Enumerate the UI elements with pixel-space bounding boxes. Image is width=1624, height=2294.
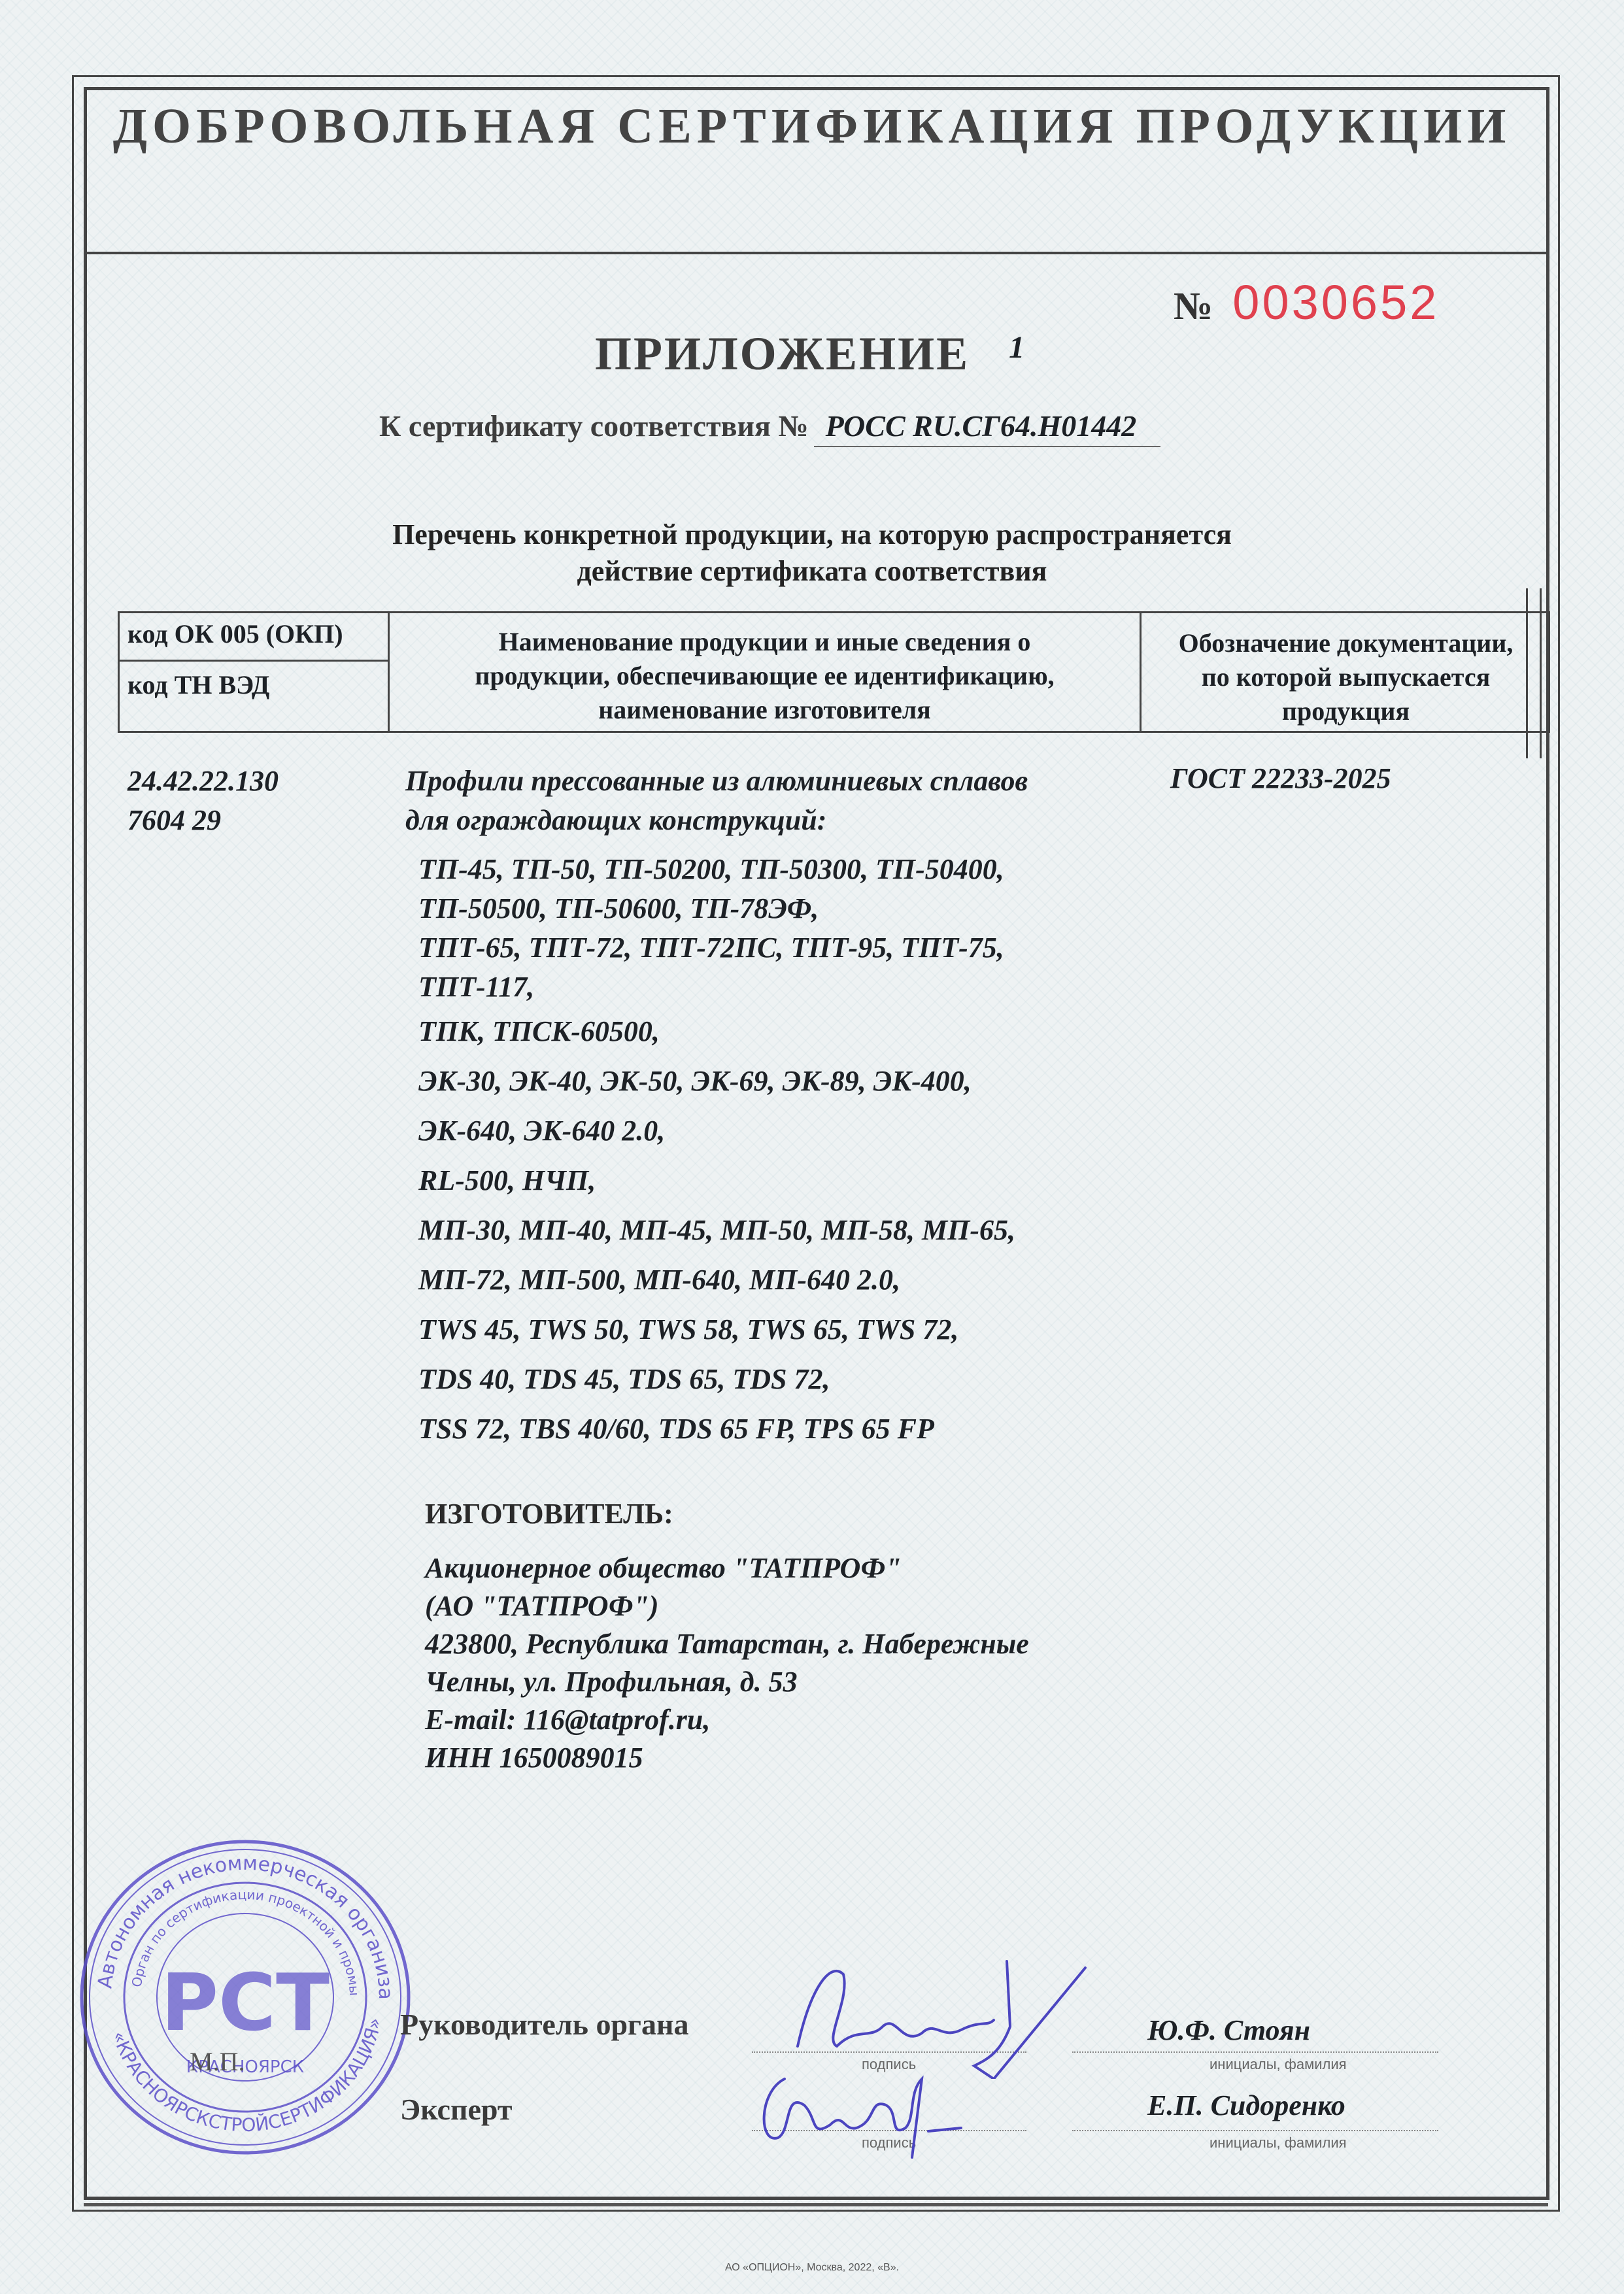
model-list: ТП-45, ТП-50, ТП-50200, ТП-50300, ТП-504… xyxy=(418,850,1015,1454)
manufacturer-line: (АО "ТАТПРОФ") xyxy=(425,1587,1029,1625)
manufacturer-email: E-mail: 116@tatprof.ru, xyxy=(425,1701,1029,1739)
manufacturer-line: 423800, Республика Татарстан, г. Набереж… xyxy=(425,1625,1029,1663)
certificate-number: РОСС RU.СГ64.Н01442 xyxy=(814,409,1160,447)
expert-name: Е.П. Сидоренко xyxy=(1147,2089,1345,2122)
expert-name-line xyxy=(1072,2130,1438,2131)
model-line: ТПТ-117, xyxy=(418,968,1015,1007)
header-okp-code: код ОК 005 (ОКП) xyxy=(120,613,388,662)
seal-logo: РСТ xyxy=(161,1958,330,2049)
header-product-name: Наименование продукции и иные сведения о… xyxy=(390,613,1142,731)
product-description: Профили прессованные из алюминиевых спла… xyxy=(405,762,1028,840)
certification-seal-icon: Автономная некоммерческая организация Ор… xyxy=(72,1834,418,2161)
model-line: ТП-45, ТП-50, ТП-50200, ТП-50300, ТП-504… xyxy=(418,850,1015,889)
product-description-line: Профили прессованные из алюминиевых спла… xyxy=(405,762,1028,801)
model-line: МП-30, МП-40, МП-45, МП-50, МП-58, МП-65… xyxy=(418,1206,1015,1255)
printer-imprint: АО «ОПЦИОН», Москва, 2022, «В». xyxy=(0,2262,1624,2274)
header-codes: код ОК 005 (ОКП) код ТН ВЭД xyxy=(120,613,390,731)
list-heading-line: действие сертификата соответствия xyxy=(0,553,1624,590)
certificate-label: К сертификату соответствия № xyxy=(379,409,809,443)
manufacturer-inn: ИНН 1650089015 xyxy=(425,1739,1029,1777)
expert-signature-icon xyxy=(745,2066,1020,2164)
manufacturer-details: Акционерное общество "ТАТПРОФ" (АО "ТАТП… xyxy=(425,1549,1029,1777)
product-codes: 24.42.22.130 7604 29 xyxy=(127,762,279,840)
head-name-line xyxy=(1072,2051,1438,2053)
head-name-caption: инициалы, фамилия xyxy=(1210,2056,1347,2073)
header-line: наименование изготовителя xyxy=(390,693,1140,727)
head-role-label: Руководитель органа xyxy=(400,2007,688,2042)
header-tnved-code: код ТН ВЭД xyxy=(120,662,388,700)
model-line: ТП-50500, ТП-50600, ТП-78ЭФ, xyxy=(418,889,1015,928)
header-divider xyxy=(84,252,1548,254)
number-sign: № xyxy=(1174,284,1213,328)
form-number-value: 0030652 xyxy=(1232,275,1439,329)
list-heading-line: Перечень конкретной продукции, на котору… xyxy=(0,516,1624,553)
appendix-heading: ПРИЛОЖЕНИЕ1 xyxy=(595,327,1026,381)
head-name: Ю.Ф. Стоян xyxy=(1147,2014,1310,2047)
list-heading: Перечень конкретной продукции, на котору… xyxy=(0,516,1624,590)
expert-name-caption: инициалы, фамилия xyxy=(1210,2134,1347,2151)
certificate-reference: К сертификату соответствия №РОСС RU.СГ64… xyxy=(379,409,1160,447)
model-line: МП-72, МП-500, МП-640, МП-640 2.0, xyxy=(418,1255,1015,1305)
model-line: ТПТ-65, ТПТ-72, ТПТ-72ПС, ТПТ-95, ТПТ-75… xyxy=(418,928,1015,968)
manufacturer-line: Челны, ул. Профильная, д. 53 xyxy=(425,1663,1029,1701)
footer-rule xyxy=(84,2203,1548,2206)
appendix-number: 1 xyxy=(1009,330,1026,365)
model-line: ТПК, ТПСК-60500, xyxy=(418,1007,1015,1056)
header-line: продукция xyxy=(1143,694,1548,728)
okp-code: 24.42.22.130 xyxy=(127,762,279,801)
form-number: №0030652 xyxy=(1174,275,1439,330)
header-line: по которой выпускается xyxy=(1143,660,1548,694)
product-description-line: для ограждающих конструкций: xyxy=(405,801,1028,840)
model-line: TDS 40, TDS 45, TDS 65, TDS 72, xyxy=(418,1355,1015,1404)
model-line: ЭК-640, ЭК-640 2.0, xyxy=(418,1106,1015,1156)
header-documentation: Обозначение документации, по которой вып… xyxy=(1143,613,1548,731)
document-title: ДОБРОВОЛЬНАЯ СЕРТИФИКАЦИЯ ПРОДУКЦИИ xyxy=(0,98,1624,155)
manufacturer-label: ИЗГОТОВИТЕЛЬ: xyxy=(425,1497,673,1530)
header-line: Наименование продукции и иные сведения о xyxy=(390,625,1140,659)
expert-role-label: Эксперт xyxy=(400,2092,512,2127)
header-line: Обозначение документации, xyxy=(1143,626,1548,660)
manufacturer-line: Акционерное общество "ТАТПРОФ" xyxy=(425,1549,1029,1587)
seal-place-label: М.П. xyxy=(190,2046,245,2077)
model-line: TSS 72, TBS 40/60, TDS 65 FP, TPS 65 FP xyxy=(418,1404,1015,1454)
tnved-code: 7604 29 xyxy=(127,801,279,840)
header-line: продукции, обеспечивающие ее идентификац… xyxy=(390,659,1140,693)
model-line: ЭК-30, ЭК-40, ЭК-50, ЭК-69, ЭК-89, ЭК-40… xyxy=(418,1056,1015,1106)
documentation-standard: ГОСТ 22233-2025 xyxy=(1170,762,1391,795)
head-signature-icon xyxy=(771,1948,1125,2079)
appendix-label: ПРИЛОЖЕНИЕ xyxy=(595,328,970,380)
model-line: RL-500, НЧП, xyxy=(418,1156,1015,1206)
model-line: TWS 45, TWS 50, TWS 58, TWS 65, TWS 72, xyxy=(418,1305,1015,1355)
table-header: код ОК 005 (ОКП) код ТН ВЭД Наименование… xyxy=(118,611,1550,733)
